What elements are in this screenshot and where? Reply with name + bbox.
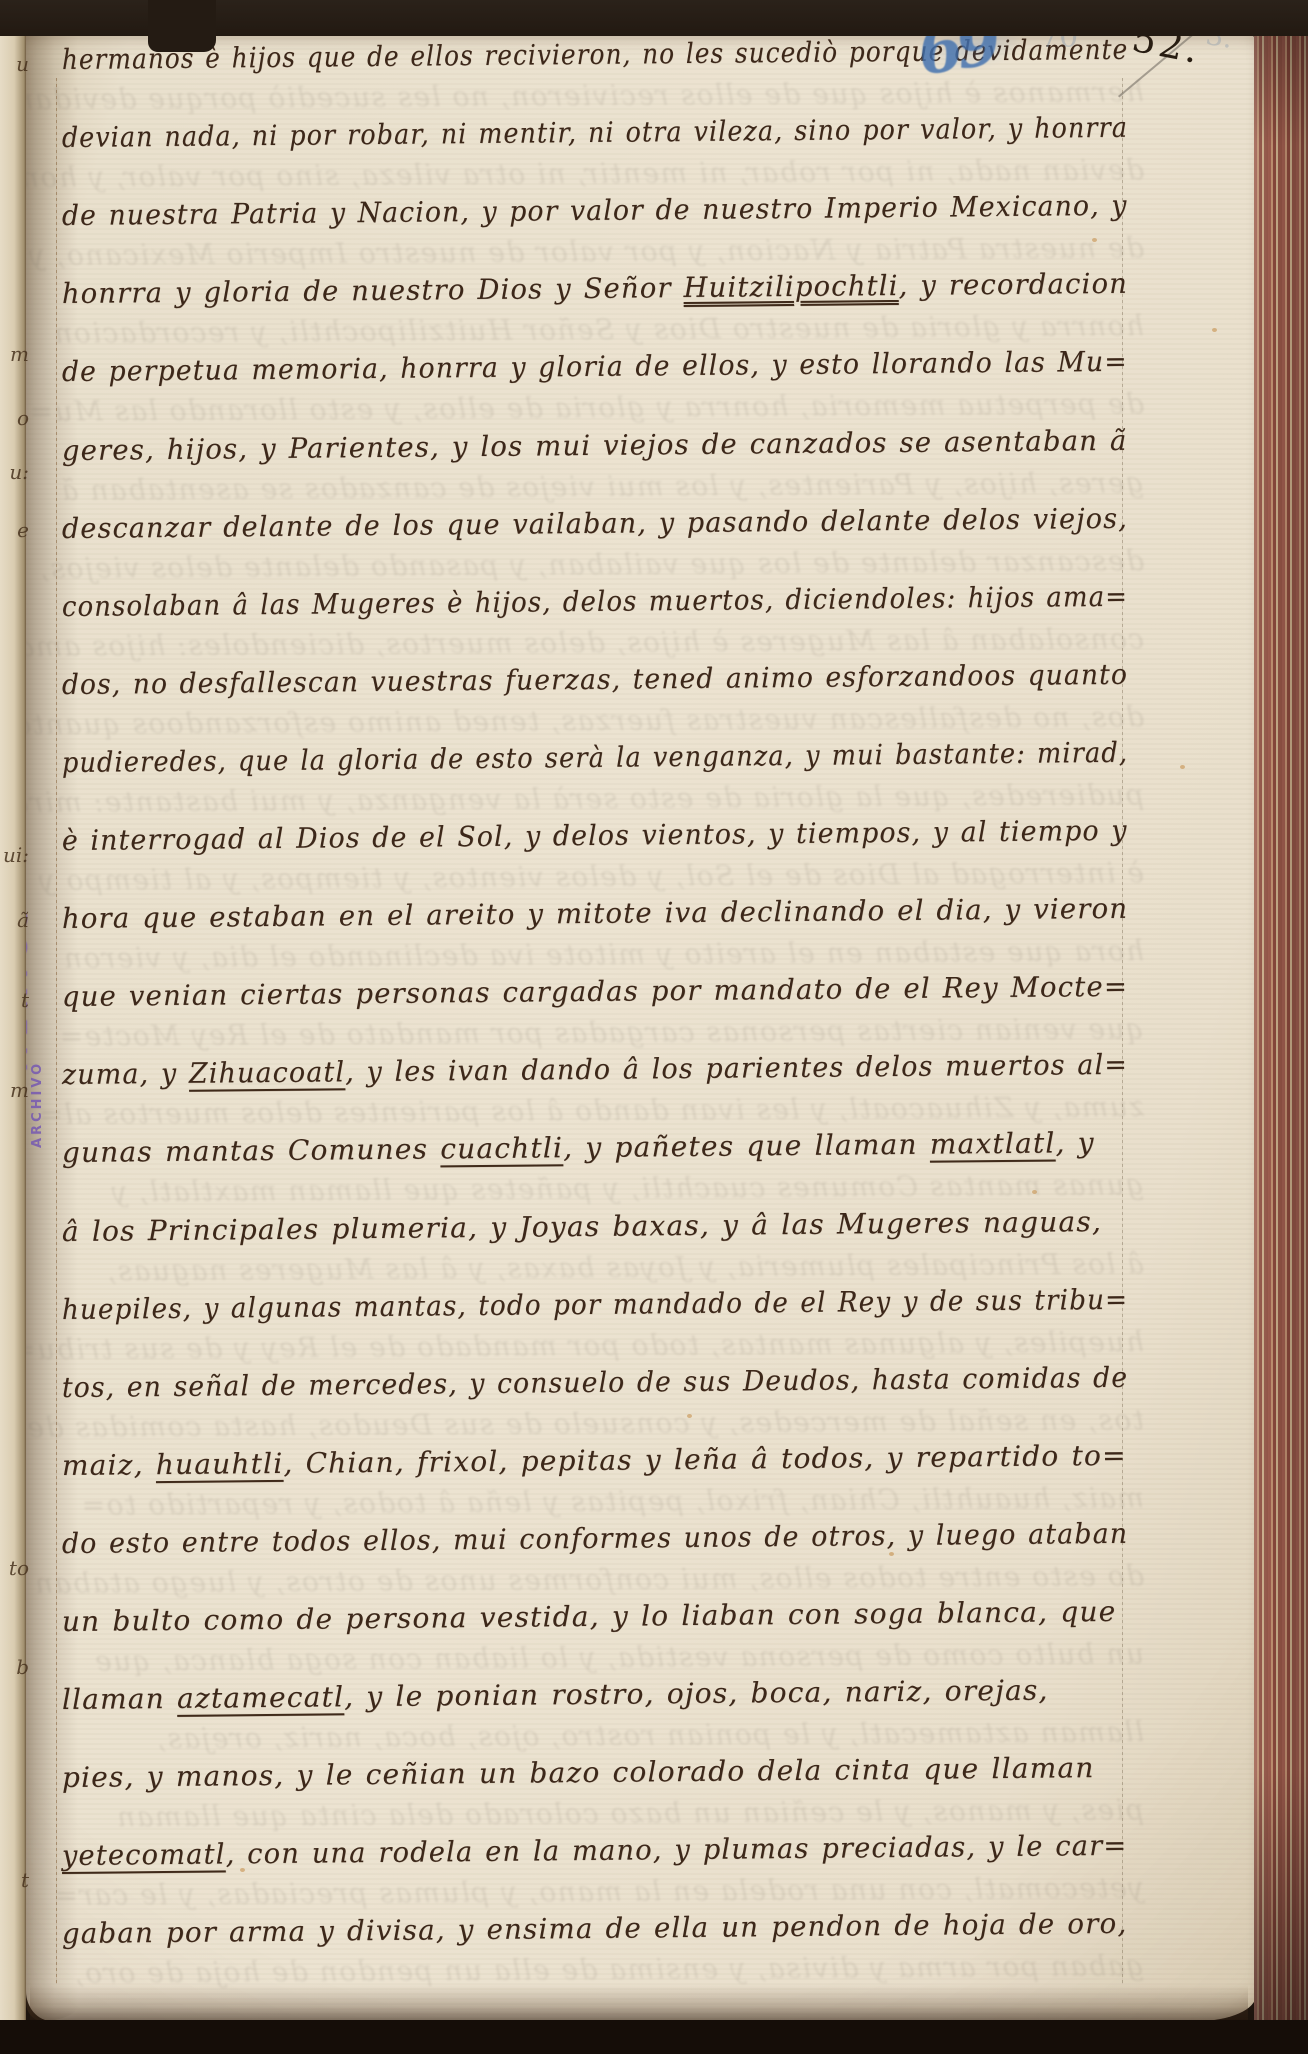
facing-page-text-fragment: e — [17, 518, 29, 542]
show-through-text: è interrogad al Dios de el Sol, y delos … — [44, 859, 1144, 895]
show-through-text: hora que estaban en el areito y mitote i… — [44, 937, 1144, 973]
archive-stamp-archivo-text: ARCHIVO — [30, 1048, 45, 1148]
facing-page-text-fragment: t — [21, 988, 29, 1012]
facing-page-text-fragment: o — [17, 406, 29, 430]
show-through-text: un bulto como de persona vestida, y lo l… — [44, 1640, 1144, 1676]
show-through-text: geres, hijos, y Parientes, y los mui vie… — [44, 469, 1144, 505]
foxing-speck — [1180, 765, 1185, 769]
show-through-text: llaman aztamecatl, y le ponian rostro, o… — [44, 1718, 1144, 1754]
show-through-text: zuma, y Zihuacoatl, y les ivan dando â l… — [44, 1093, 1144, 1129]
show-through-text: descanzar delante de los que vailaban, y… — [44, 547, 1144, 583]
facing-page-text-fragment: t — [21, 1868, 29, 1892]
foxing-speck — [1212, 328, 1217, 332]
foxing-speck — [1032, 1190, 1037, 1194]
show-through-text: gaban por arma y divisa, y ensima de ell… — [44, 1953, 1144, 1989]
show-through-text: de nuestra Patria y Nacion, y por valor … — [44, 234, 1144, 270]
show-through-text: que venian ciertas personas cargadas por… — [44, 1015, 1144, 1051]
book-fore-edge — [1254, 24, 1308, 2054]
facing-page-text-fragment: to — [9, 1556, 29, 1580]
binding-bottom — [0, 2020, 1308, 2054]
facing-page-sliver: umou:eui:ãtmtobt — [0, 34, 26, 2024]
show-through-text: do esto entre todos ellos, mui conformes… — [44, 1562, 1144, 1598]
foxing-speck — [687, 1414, 692, 1418]
show-through-text: dos, no desfallescan vuestras fuerzas, t… — [44, 703, 1144, 739]
facing-page-text-fragment: ã — [17, 908, 29, 932]
show-through-text: â los Principales plumeria, y Joyas baxa… — [44, 1250, 1144, 1286]
page-bottom-shadow — [30, 1984, 1248, 2024]
facing-page-text-fragment: m — [10, 342, 29, 366]
show-through-text: pudieredes, que la gloria de esto serà l… — [44, 781, 1144, 817]
show-through-text: pies, y manos, y le ceñian un bazo color… — [44, 1796, 1144, 1832]
binding-notch — [148, 0, 216, 52]
show-through-text: consolaban â las Mugeres è hijos, delos … — [44, 625, 1144, 661]
facing-page-text-fragment: b — [16, 1655, 29, 1679]
show-through-text: yetecomatl, con una rodela en la mano, y… — [44, 1874, 1144, 1910]
show-through-text: honrra y gloria de nuestro Dios y Señor … — [44, 312, 1144, 348]
foxing-speck — [889, 1552, 894, 1556]
facing-page-text-fragment: u — [16, 52, 29, 76]
show-through-text: de perpetua memoria, honrra y gloria de … — [44, 391, 1144, 427]
facing-page-text-fragment: ui: — [3, 843, 29, 867]
foxing-speck — [1092, 238, 1097, 242]
facing-page-text-fragment: u: — [9, 460, 29, 484]
show-through-text: huepiles, y algunas mantas, todo por man… — [44, 1328, 1144, 1364]
show-through-text: hermanos è hijos que de ellos recivieron… — [44, 78, 1144, 114]
show-through-text: gunas mantas Comunes cuachtli, y pañetes… — [44, 1172, 1144, 1208]
show-through-text: tos, en señal de mercedes, y consuelo de… — [44, 1406, 1144, 1442]
foxing-speck — [240, 1868, 245, 1872]
manuscript-photo: hermanos è hijos que de ellos recivieron… — [0, 0, 1308, 2054]
show-through-text: devian nada, ni por robar, ni mentir, ni… — [44, 156, 1144, 192]
facing-page-text-fragment: m — [10, 1078, 29, 1102]
show-through-text: maiz, huauhtli, Chian, frixol, pepitas y… — [44, 1484, 1144, 1520]
